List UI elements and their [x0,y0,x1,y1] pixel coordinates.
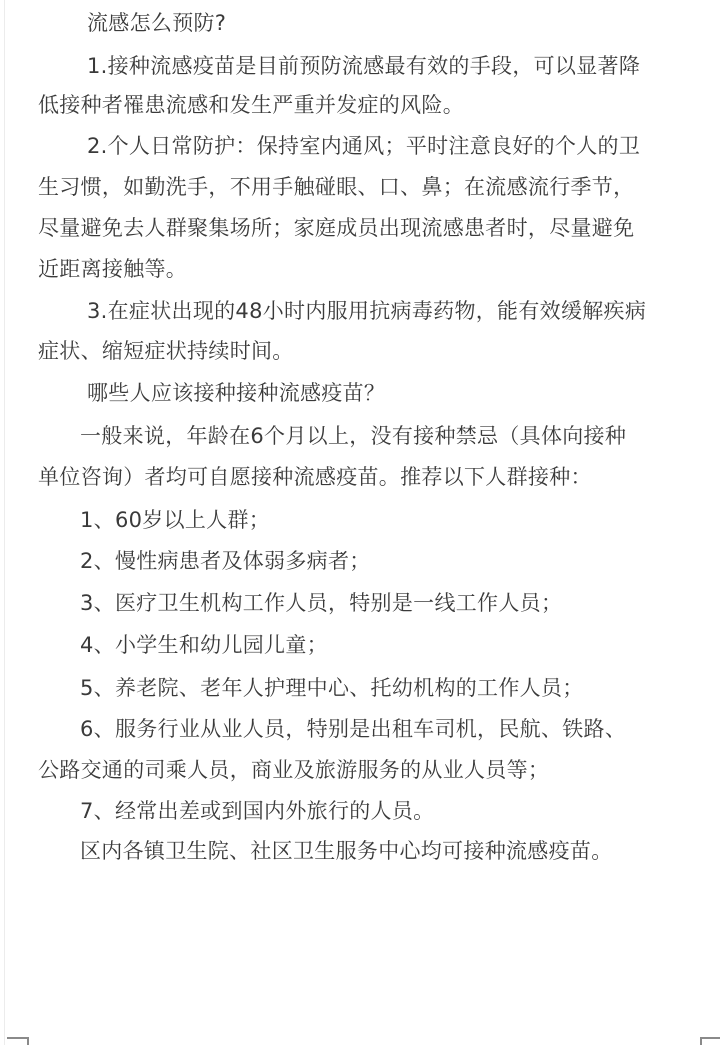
text-line: 2.个人日常防护：保持室内通风；平时注意良好的个人的卫 [87,133,640,159]
text-line: 公路交通的司乘人员，商业及旅游服务的从业人员等； [38,757,549,783]
text-line: 一般来说，年龄在6个月以上，没有接种禁忌（具体向接种 [80,423,626,449]
text-line: 症状、缩短症状持续时间。 [38,338,294,364]
text-line: 3、医疗卫生机构工作人员，特别是一线工作人员； [80,590,562,616]
text-line: 3.在症状出现的48小时内服用抗病毒药物，能有效缓解疾病 [87,298,646,324]
text-line: 7、经常出差或到国内外旅行的人员。 [80,798,434,824]
crop-mark-bottom-left-icon [7,1037,29,1045]
page-left-border [4,0,5,1045]
text-line: 5、养老院、老年人护理中心、托幼机构的工作人员； [80,675,584,701]
text-line: 6、服务行业从业人员，特别是出租车司机，民航、铁路、 [80,716,626,742]
text-line: 区内各镇卫生院、社区卫生服务中心均可接种流感疫苗。 [80,838,613,864]
text-line: 近距离接触等。 [38,256,187,282]
text-line: 哪些人应该接种接种流感疫苗？ [87,380,385,406]
text-line: 低接种者罹患流感和发生严重并发症的风险。 [38,92,464,118]
text-line: 单位咨询）者均可自愿接种流感疫苗。推荐以下人群接种： [38,464,592,490]
text-line: 1、60岁以上人群； [80,507,270,533]
document-page: 流感怎么预防?1.接种流感疫苗是目前预防流感最有效的手段，可以显著降低接种者罹患… [0,0,720,1045]
crop-mark-bottom-right-icon [700,1037,720,1045]
text-line: 尽量避免去人群聚集场所；家庭成员出现流感患者时，尽量避免 [38,215,634,241]
text-line: 4、小学生和幼儿园儿童； [80,632,328,658]
text-line: 2、慢性病患者及体弱多病者； [80,548,371,574]
text-line: 1.接种流感疫苗是目前预防流感最有效的手段，可以显著降 [87,53,640,79]
text-line: 生习惯，如勤洗手，不用手触碰眼、口、鼻；在流感流行季节， [38,174,634,200]
text-line: 流感怎么预防? [87,10,226,36]
